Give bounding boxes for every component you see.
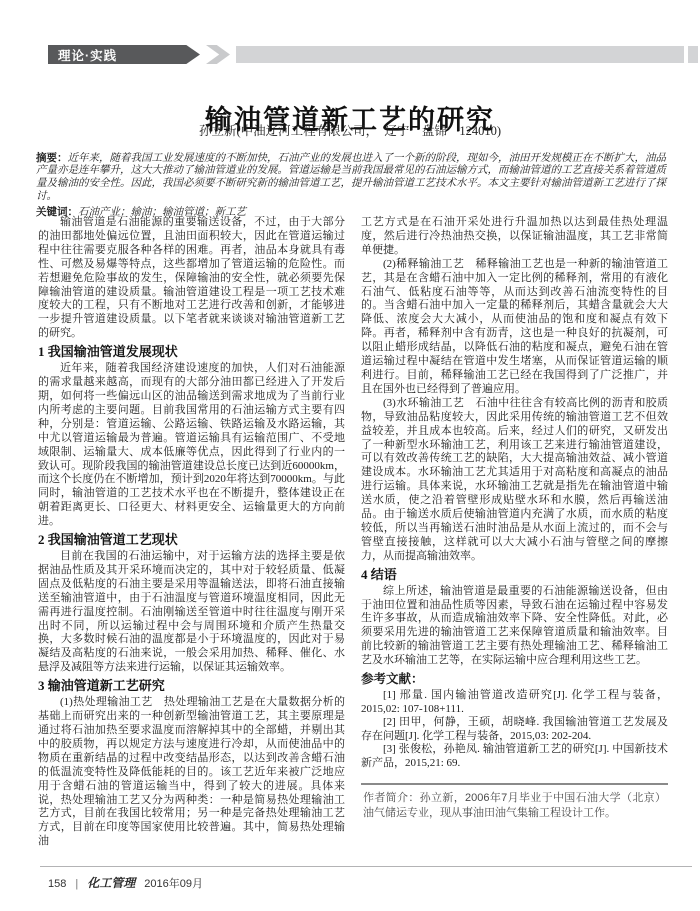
left-column: 输油管道是石油能源的重要输送设备，不过，由于大部分的油田都地处偏远位置，且油田面… bbox=[38, 216, 345, 849]
reference-item: [2] 田甲，何静，王硕，胡晓峰. 我国输油管道工艺发展及存在问题[J]. 化学… bbox=[361, 716, 668, 743]
reference-item: [3] 张俊松，孙艳凤. 输油管道新工艺的研究[J]. 中国新技术新产品，201… bbox=[361, 743, 668, 770]
section-2-paragraph: 目前在我国的石油运输中，对于运输方法的选择主要是依据油品性质及其开采环境而决定的… bbox=[38, 550, 345, 675]
journal-name: 化工管理 bbox=[87, 874, 135, 891]
section-3-continuation-paragraph: 工艺方式是在石油开采处进行升温加热以达到最佳热处理温度，然后进行冷热油热交换，以… bbox=[361, 216, 668, 258]
section-2-heading: 2 我国输油管道工艺现状 bbox=[38, 532, 345, 548]
references-heading: 参考文献： bbox=[361, 672, 668, 687]
journal-page: 理论·实践 输油管道新工艺的研究 孙立新(中油辽河工程有限公司， 辽宁 盘锦 1… bbox=[0, 0, 700, 911]
footer-rule bbox=[40, 866, 692, 867]
header-rule-band-edge bbox=[688, 46, 698, 63]
header-rule-band bbox=[236, 46, 684, 63]
author-affiliation-line: 孙立新(中油辽河工程有限公司， 辽宁 盘锦 124010) bbox=[0, 121, 700, 139]
chevron-right-icon bbox=[206, 45, 230, 64]
reference-item: [1] 邢量. 国内输油管道改造研究[J]. 化学工程与装备，2015,02: … bbox=[361, 689, 668, 716]
right-column: 工艺方式是在石油开采处进行升温加热以达到最佳热处理温度，然后进行冷热油热交换，以… bbox=[361, 216, 668, 849]
conclusion-paragraph: 综上所述，输油管道是最重要的石油能源输送设备，但由于油田位置和油品性质等因素，导… bbox=[361, 585, 668, 668]
intro-paragraph: 输油管道是石油能源的重要输送设备，不过，由于大部分的油田都地处偏远位置，且油田面… bbox=[38, 216, 345, 341]
section-1-paragraph: 近年来，随着我国经济建设速度的加快，人们对石油能源的需求量越来越高，而现有的大部… bbox=[38, 362, 345, 529]
section-1-heading: 1 我国输油管道发展现状 bbox=[38, 344, 345, 360]
footer-separator: | bbox=[75, 878, 78, 890]
body-columns: 输油管道是石油能源的重要输送设备，不过，由于大部分的油田都地处偏远位置，且油田面… bbox=[38, 216, 668, 849]
category-band: 理论·实践 bbox=[48, 45, 200, 64]
issue-date: 2016年09月 bbox=[144, 875, 203, 891]
abstract-text: 近年来，随着我国工业发展速度的不断加快，石油产业的发展也进入了一个新的阶段，现如… bbox=[36, 153, 666, 202]
abstract-label: 摘要： bbox=[36, 153, 68, 164]
section-4-heading: 4 结语 bbox=[361, 567, 668, 583]
dilution-process-paragraph: (2)稀释输油工艺 稀释输油工艺也是一种新的输油管道工艺，其是在含蜡石油中加入一… bbox=[361, 258, 668, 397]
water-ring-process-paragraph: (3)水环输油工艺 石油中往往含有较高比例的沥青和胶质物，导致油品粘度较大，因此… bbox=[361, 397, 668, 564]
section-3-paragraph: (1)热处理输油工艺 热处理输油工艺是在大量数据分析的基础上而研究出来的一种创新… bbox=[38, 696, 345, 849]
footer: 158 | 化工管理 2016年09月 bbox=[48, 874, 203, 891]
abstract-paragraph: 摘要：近年来，随着我国工业发展速度的不断加快，石油产业的发展也进入了一个新的阶段… bbox=[36, 153, 666, 204]
category-label: 理论·实践 bbox=[58, 46, 117, 64]
author-bio-box: 作者简介：孙立新，2006年7月毕业于中国石油大学（北京）油气储运专业，现从事油… bbox=[361, 783, 668, 830]
section-3-heading: 3 输油管道新工艺研究 bbox=[38, 678, 345, 694]
page-number: 158 bbox=[48, 878, 66, 890]
